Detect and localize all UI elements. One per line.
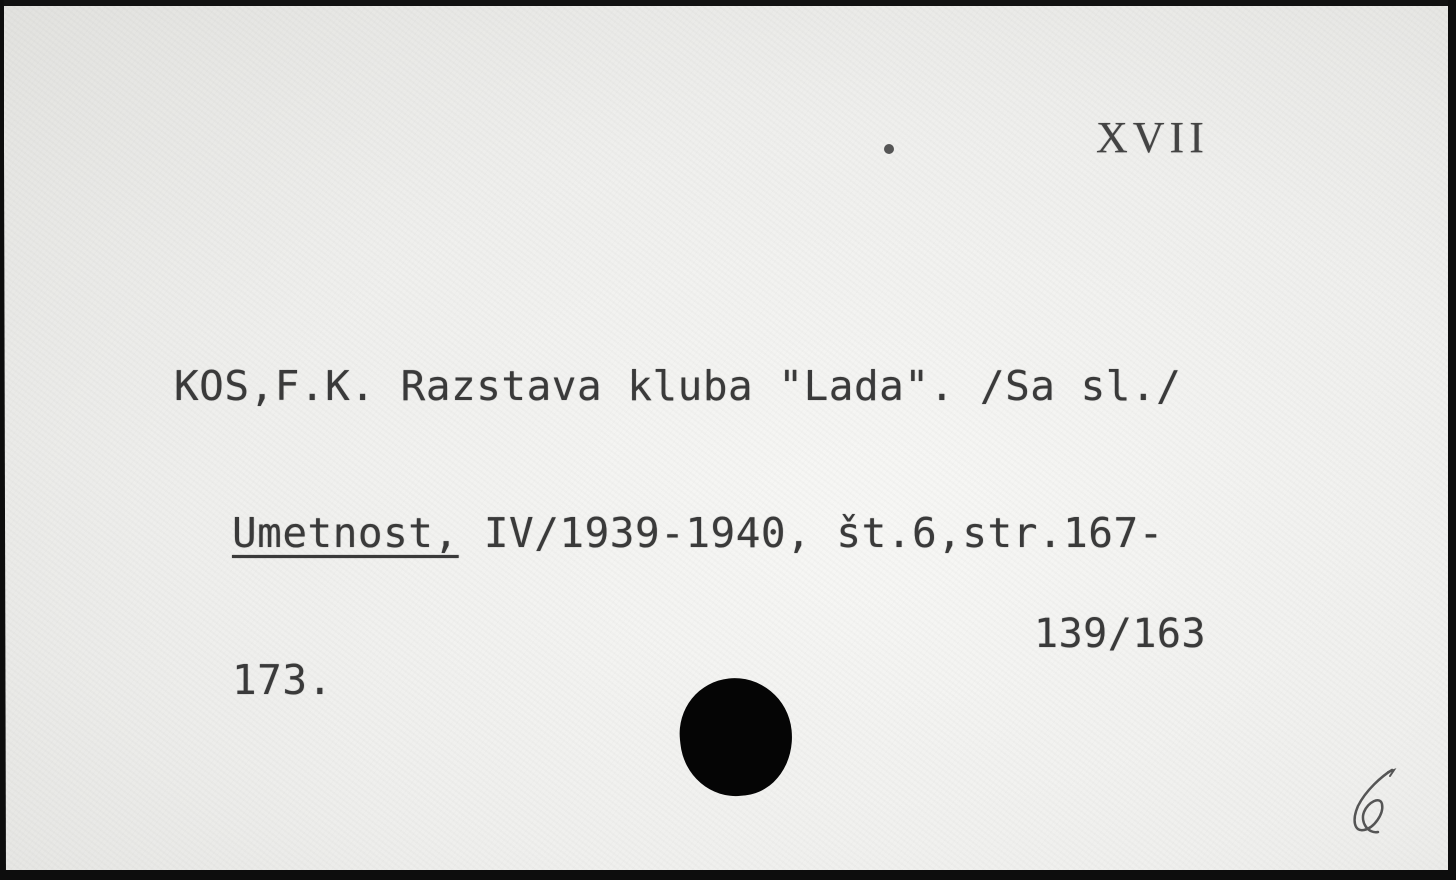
journal-citation: IV/1939-1940, št.6,str.167- [459,509,1164,557]
ink-spot [884,144,894,154]
scan-border-right [1448,0,1456,880]
scan-border-bottom [0,870,1456,880]
handwritten-mark-icon [1344,766,1404,846]
entry-line-pages: 173. [174,656,1181,705]
section-number: XVII [1096,116,1209,160]
entry-line-author-title: KOS,F.K. Razstava kluba "Lada". /Sa sl./ [174,362,1181,411]
catalog-card: XVII KOS,F.K. Razstava kluba "Lada". /Sa… [4,6,1448,871]
entry-line-source: Umetnost, IV/1939-1940, št.6,str.167- [174,509,1181,558]
call-number: 139/163 [1034,614,1206,654]
journal-title: Umetnost, [232,509,459,557]
bibliographic-entry: KOS,F.K. Razstava kluba "Lada". /Sa sl./… [174,264,1181,803]
